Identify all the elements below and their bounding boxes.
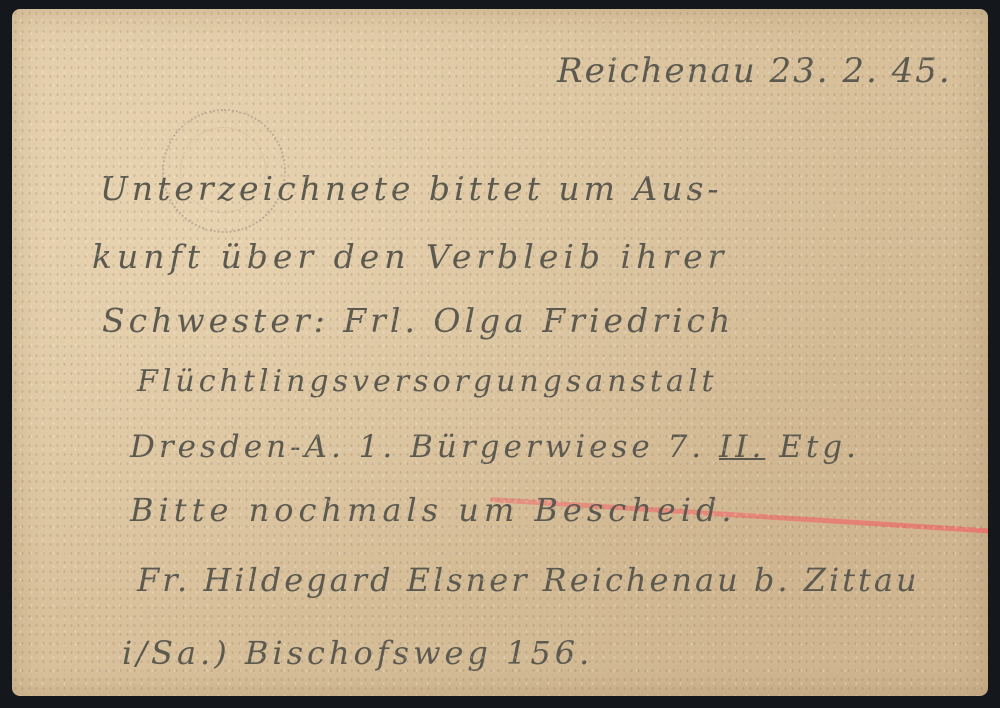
floor-underlined: II.	[719, 429, 765, 465]
address-text: Dresden-A. 1. Bürgerwiese 7.	[130, 429, 719, 465]
text-line-8-sender-address: i/Sa.) Bischofsweg 156.	[122, 634, 593, 672]
text-line-6: Bitte nochmals um Bescheid.	[130, 491, 737, 529]
floor-suffix: Etg.	[765, 429, 860, 465]
text-line-7-sender: Fr. Hildegard Elsner Reichenau b. Zittau	[137, 561, 920, 599]
text-line-3: Schwester: Frl. Olga Friedrich	[102, 301, 734, 340]
text-line-4: Flüchtlingsversorgungsanstalt	[137, 364, 718, 399]
date-line: Reichenau 23. 2. 45.	[557, 51, 952, 91]
text-line-2: kunft über den Verbleib ihrer	[92, 237, 728, 276]
text-line-1: Unterzeichnete bittet um Aus-	[100, 169, 723, 208]
postcard: Reichenau 23. 2. 45. Unterzeichnete bitt…	[12, 9, 988, 696]
text-line-5-address: Dresden-A. 1. Bürgerwiese 7. II. Etg.	[130, 429, 860, 465]
